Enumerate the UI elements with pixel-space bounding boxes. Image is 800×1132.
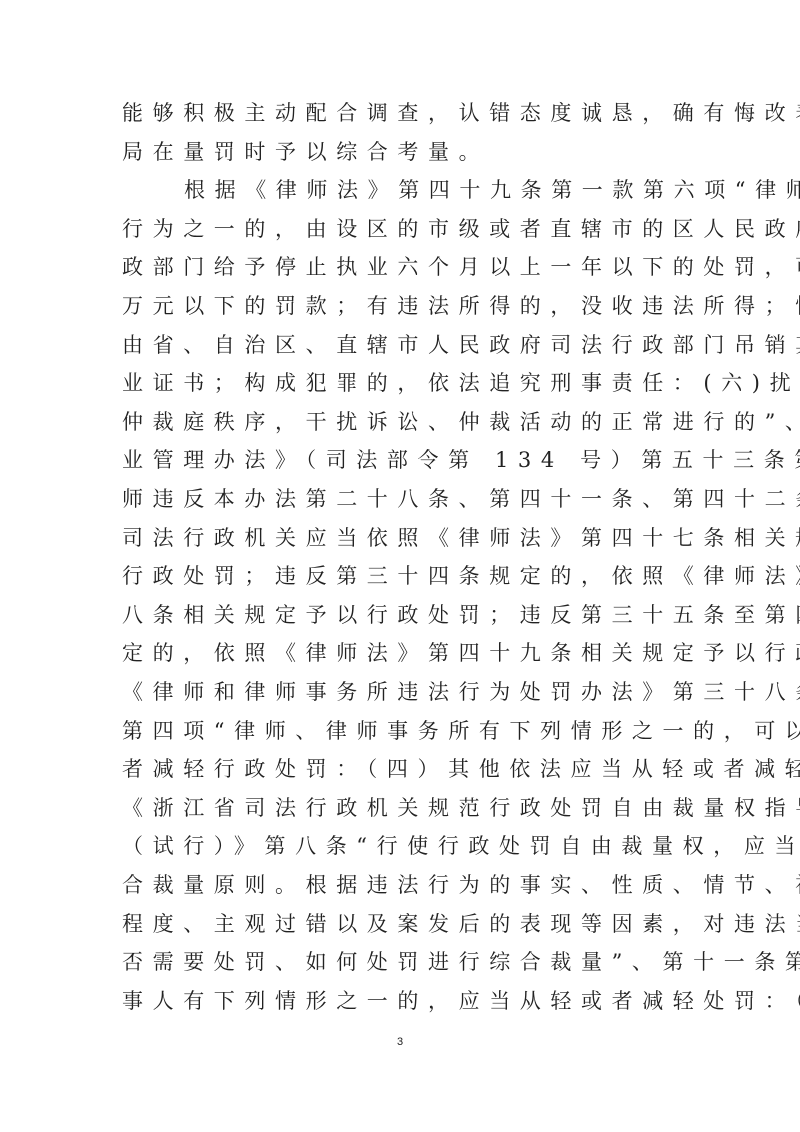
text-line: 仲裁庭秩序，干扰诉讼、仲裁活动的正常进行的”、《律师执: [122, 407, 692, 437]
text-line: （试行）》第八条“行使行政处罚自由裁量权，应当坚持综: [122, 831, 692, 861]
document-page: 能够积极主动配合调查，认错态度诚恳，确有悔改表现，本 局在量罚时予以综合考量。 …: [0, 0, 800, 1132]
text-line: 业证书；构成犯罪的，依法追究刑事责任：(六)扰乱法庭、: [122, 368, 692, 398]
text-line: 《浙江省司法行政机关规范行政处罚自由裁量权指导意见: [122, 793, 692, 823]
text-line: 政部门给予停止执业六个月以上一年以下的处罚，可以处五: [122, 252, 692, 282]
page-number: 3: [390, 1036, 410, 1048]
text-line: 程度、主观过错以及案发后的表现等因素，对违法当事人是: [122, 909, 692, 939]
text-line: 者减轻行政处罚：（四）其他依法应当从轻或者减轻处罚的”、: [122, 754, 692, 784]
text-line: 师违反本办法第二十八条、第四十一条、第四十二条规定的，: [122, 484, 692, 514]
text-line: 业管理办法》（司法部令第 134 号）第五十三条第二款“律: [122, 445, 692, 475]
paragraph-start-line: 根据《律师法》第四十九条第一款第六项“律师有下列: [184, 175, 754, 205]
text-line: 第四项“律师、律师事务所有下列情形之一的，可以从轻或: [122, 716, 692, 746]
text-line: 司法行政机关应当依照《律师法》第四十七条相关规定予以: [122, 523, 692, 553]
text-line: 行为之一的，由设区的市级或者直辖市的区人民政府司法行: [122, 214, 692, 244]
text-line: 能够积极主动配合调查，认错态度诚恳，确有悔改表现，本: [122, 98, 692, 128]
text-line: 定的，依照《律师法》第四十九条相关规定予以行政处罚”、: [122, 638, 692, 668]
text-line: 否需要处罚、如何处罚进行综合裁量”、第十一条第四项“当: [122, 947, 692, 977]
text-line: 局在量罚时予以综合考量。: [122, 137, 692, 167]
text-line: 合裁量原则。根据违法行为的事实、性质、情节、社会危害: [122, 870, 692, 900]
text-line: 行政处罚；违反第三十四条规定的，依照《律师法》第四十: [122, 561, 692, 591]
text-line: 由省、自治区、直辖市人民政府司法行政部门吊销其律师执: [122, 330, 692, 360]
text-line: 万元以下的罚款；有违法所得的，没收违法所得；情节严重的，: [122, 291, 692, 321]
text-line: 事人有下列情形之一的，应当从轻或者减轻处罚：（四）其: [122, 986, 692, 1016]
text-line: 《律师和律师事务所违法行为处罚办法》第三十八条第一款: [122, 677, 692, 707]
text-line: 八条相关规定予以行政处罚；违反第三十五条至第四十条规: [122, 600, 692, 630]
